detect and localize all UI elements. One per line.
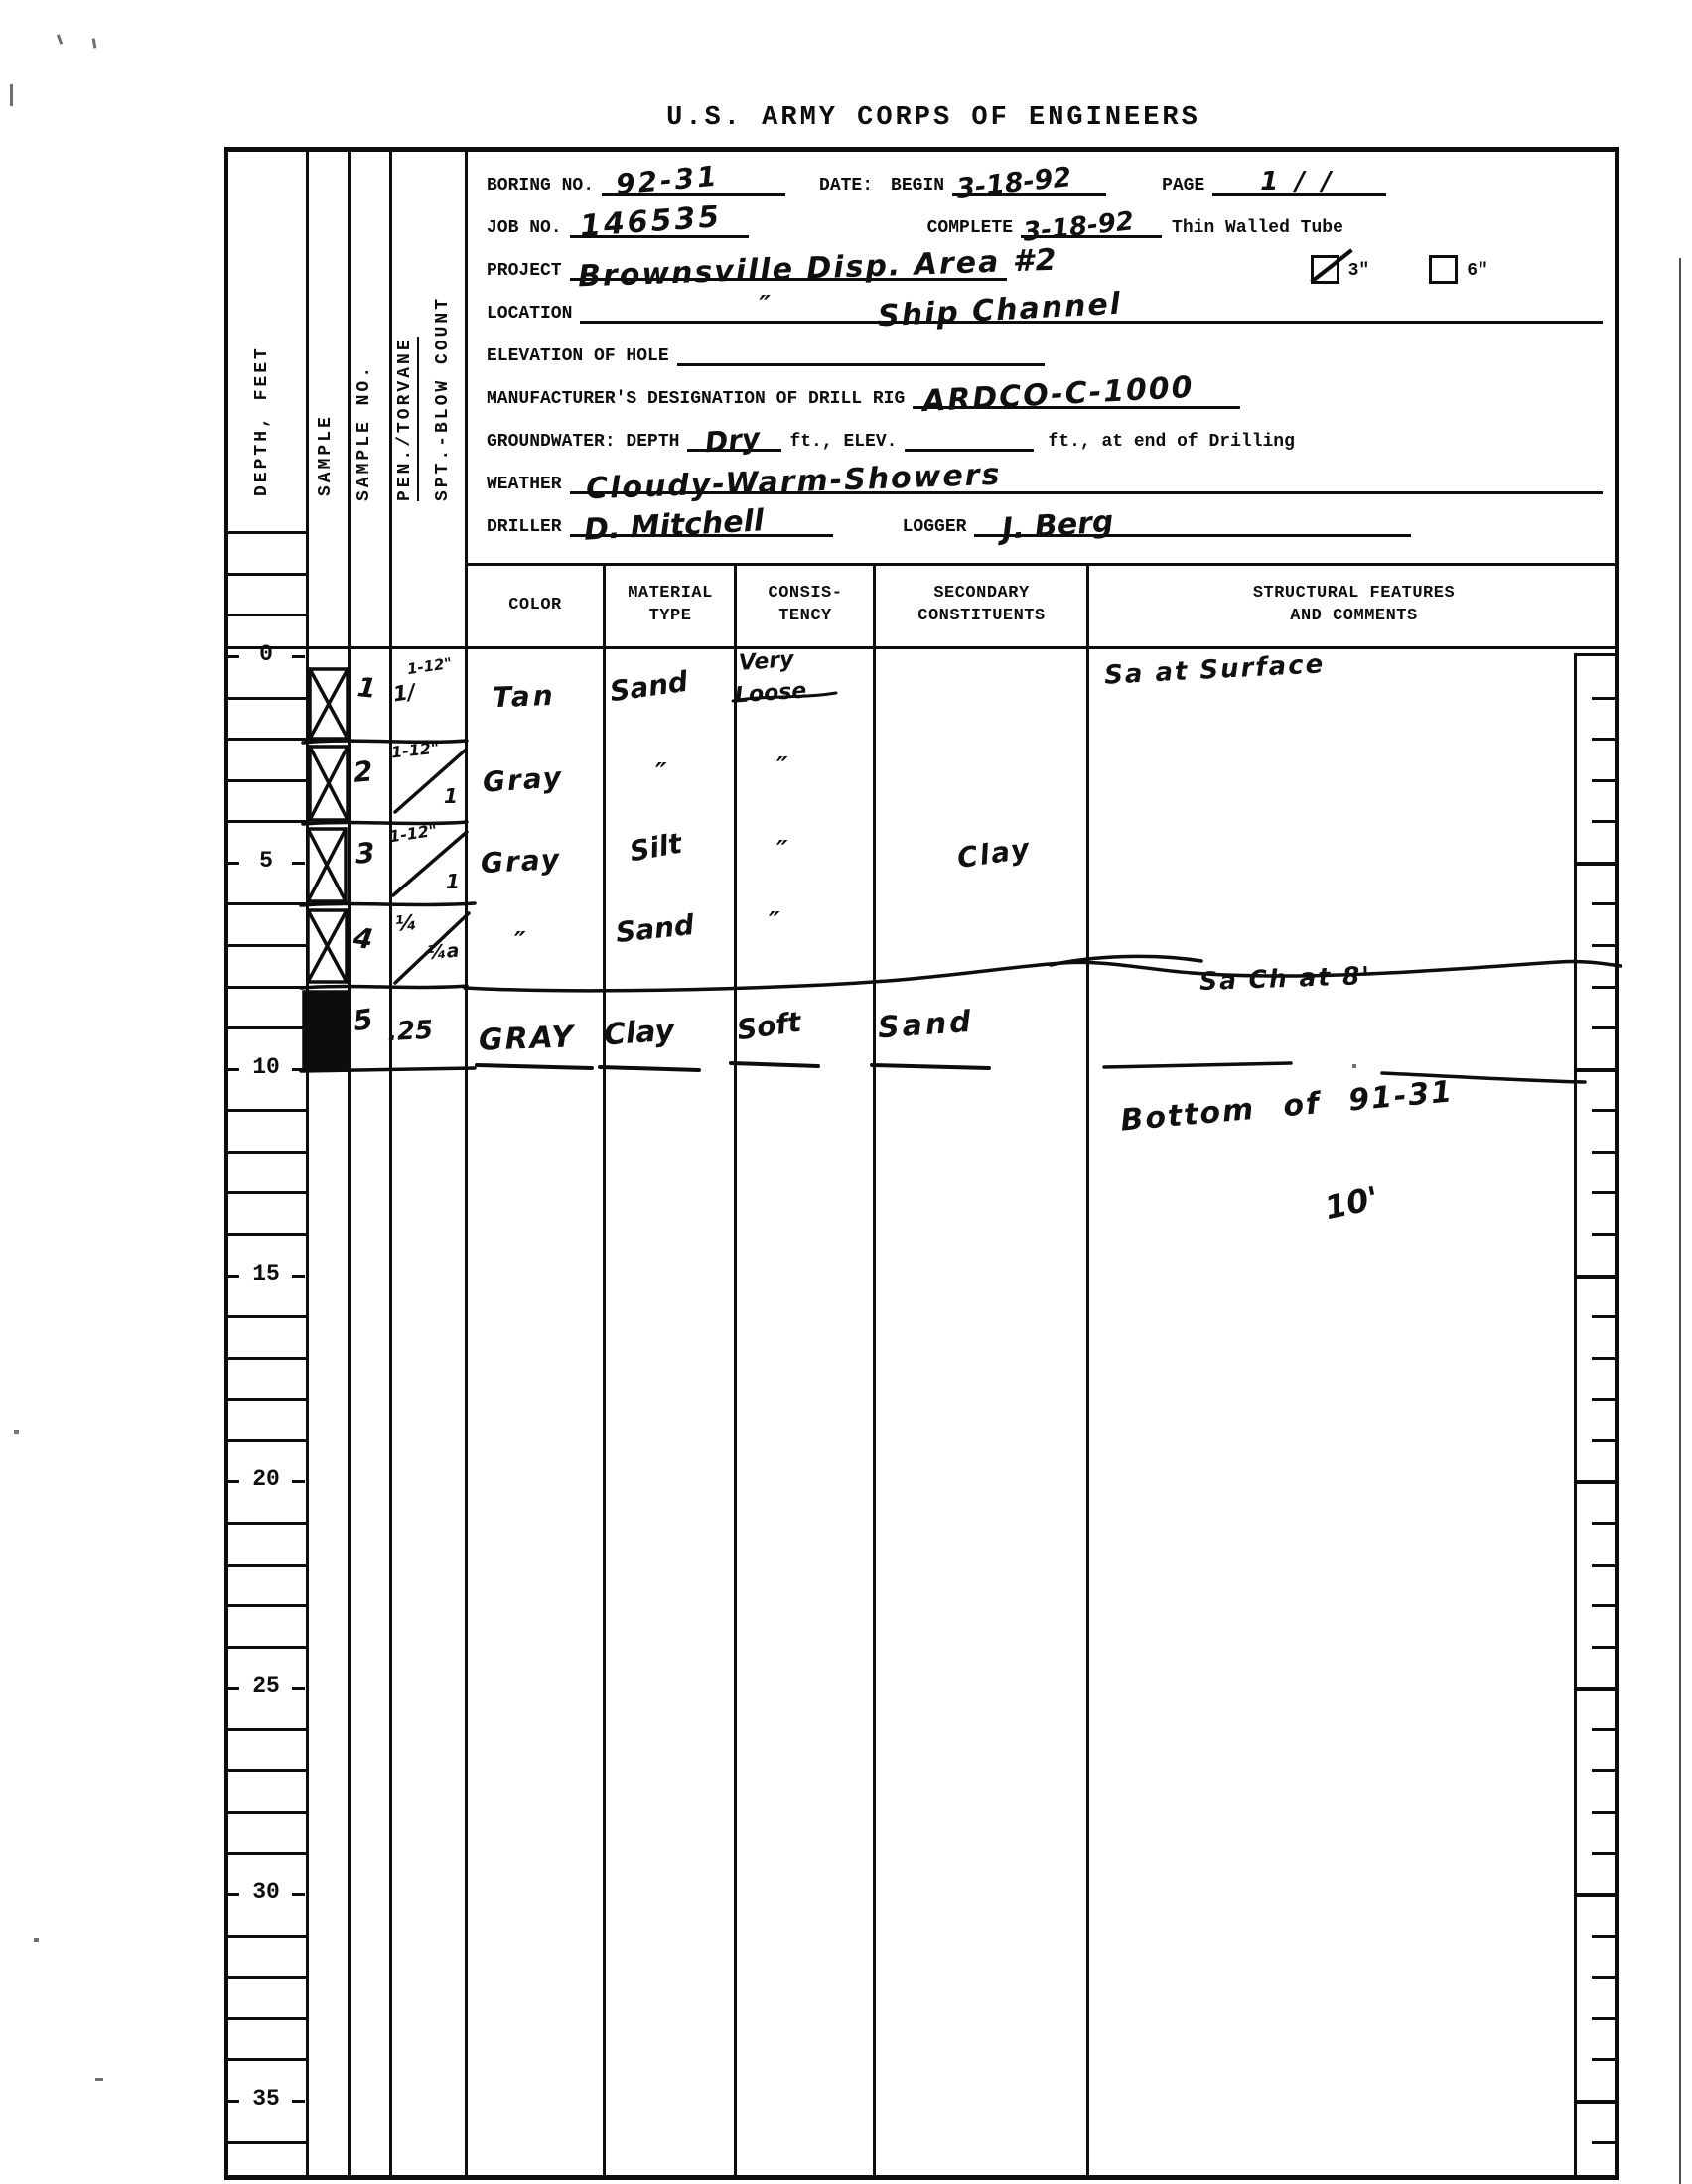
sample-symbol-filled-box (304, 992, 349, 1068)
hand-underline (731, 1063, 818, 1066)
material-ditto-mark: ″ (655, 760, 667, 786)
material-value: Clay (603, 1017, 675, 1051)
stratum-note: Sa Ch at 8' (1199, 963, 1372, 994)
material-value: Sand (615, 911, 696, 947)
color-value: GRAY (479, 1023, 576, 1055)
color-value: Tan (493, 682, 557, 712)
sample-symbol-cross-box (308, 829, 346, 901)
sample-no: 2 (352, 757, 374, 787)
pen-torvane-value: ¼a (426, 942, 460, 964)
pen-torvane-value: 1 (446, 872, 460, 891)
row-separator (301, 903, 475, 905)
secondary-value: Sand (877, 1008, 975, 1044)
pen-torvane-value: ¼ (394, 912, 417, 935)
pen-torvane-value: 1 (444, 786, 458, 806)
color-ditto-mark: ″ (514, 929, 526, 955)
stratum-line-8ft (465, 961, 1621, 990)
sample-no: 1 (356, 674, 378, 703)
pen-torvane-value: .25 (386, 1018, 433, 1045)
consistency-ditto-mark: ″ (776, 754, 788, 780)
sample-no: 5 (352, 1006, 374, 1035)
color-value: Gray (480, 846, 561, 878)
consistency-value: Loose (734, 681, 807, 708)
row-separator (301, 986, 467, 988)
hand-underline (600, 1067, 699, 1070)
consistency-ditto-mark: ″ (776, 838, 788, 864)
sample-no: 4 (352, 924, 374, 954)
bottom-depth-note: 10' (1322, 1182, 1381, 1225)
sample-no: 3 (354, 840, 375, 869)
sample-symbol-cross-box (310, 669, 348, 739)
boring-log-scan: U.S. ARMY CORPS OF ENGINEERS DEPTH, FEET… (0, 0, 1692, 2184)
row-separator (303, 741, 467, 743)
consistency-value: Very (738, 649, 794, 675)
consistency-ditto-mark: ″ (769, 909, 780, 935)
row-separator (303, 822, 467, 824)
hand-underline (477, 1065, 592, 1068)
sample-symbol-cross-box (308, 910, 347, 982)
bottom-line-dash (1104, 1063, 1291, 1067)
hand-underline (872, 1065, 989, 1068)
color-value: Gray (482, 763, 564, 797)
sample-symbol-cross-box (310, 747, 348, 820)
pen-torvane-value: 1/ (392, 682, 417, 706)
